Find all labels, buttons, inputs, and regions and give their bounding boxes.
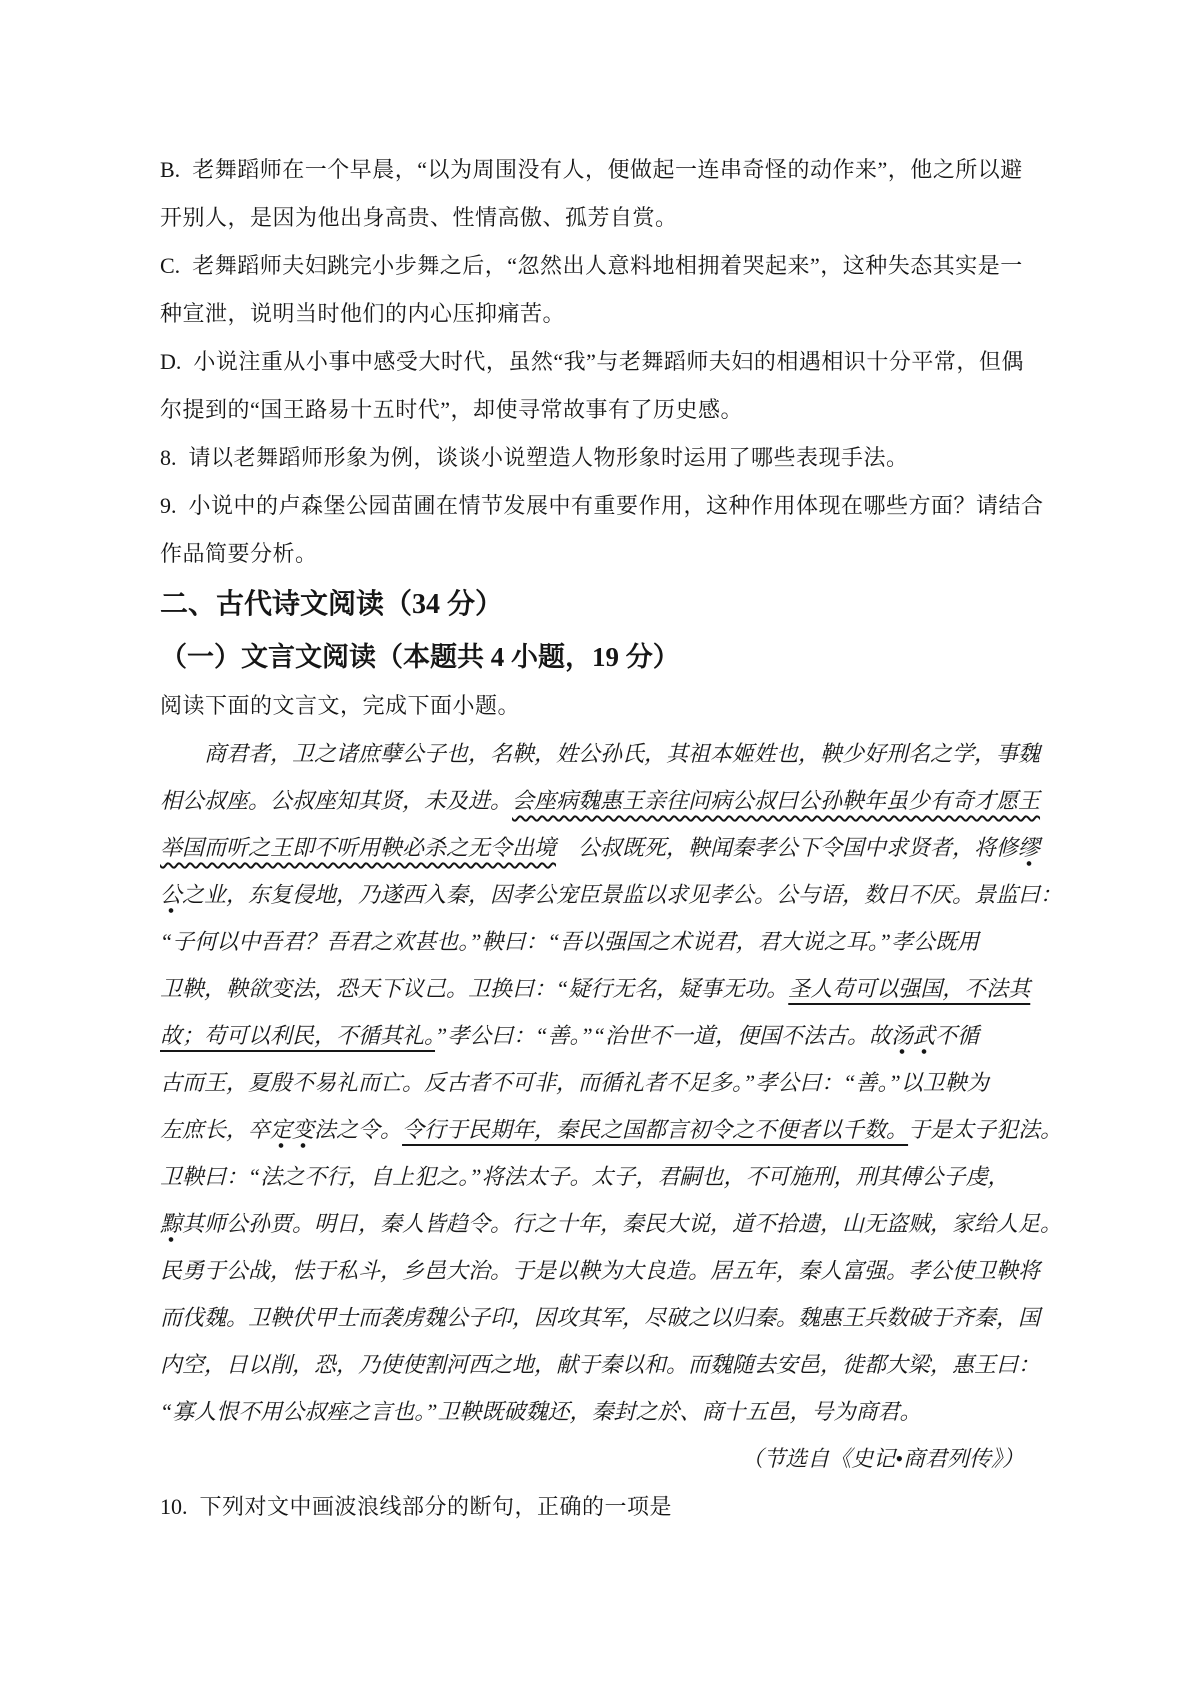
text-line: 9.小说中的卢森堡公园苗圃在情节发展中有重要作用，这种作用体现在哪些方面？请结合 bbox=[160, 482, 1056, 530]
text-segment: 卫鞅曰：“法之不行，自上犯之。”将法太子。太子，君嗣也，不可施刑，刑其傅公子虔， bbox=[160, 1164, 1009, 1189]
text-segment: 之业，东复侵地，乃遂西入秦，因孝公宠臣景监以求见孝公。公与语，数日不厌。景监曰： bbox=[182, 882, 1062, 907]
text-line: 10.下列对文中画波浪线部分的断句，正确的一项是 bbox=[160, 1483, 1056, 1531]
subsection-heading: （一）文言文阅读（本题共 4 小题，19 分） bbox=[160, 632, 1056, 682]
wavy-underlined-text: 举国而听之王即不听用鞅必杀之无令出境 bbox=[160, 835, 556, 860]
underlined-text: 圣人苟可以强国，不法其 bbox=[788, 976, 1030, 1001]
text-line: 而伐魏。卫鞅伏甲士而袭虏魏公子印，因攻其军，尽破之以归秦。魏惠王兵数破于齐秦，国 bbox=[160, 1294, 1056, 1341]
emphasis-dotted-text: 定变 bbox=[270, 1117, 314, 1149]
emphasis-dotted-text: 汤武 bbox=[891, 1023, 935, 1055]
text-line: 8.请以老舞蹈师形象为例，谈谈小说塑造人物形象时运用了哪些表现手法。 bbox=[160, 434, 1056, 482]
text-segment: 公叔既死，鞅闻秦孝公下令国中求贤者，将修 bbox=[556, 835, 1018, 860]
passage-source: （节选自《史记•商君列传》） bbox=[160, 1435, 1056, 1483]
wavy-underlined-text: 会座病魏惠王亲往问病公叔曰公孙鞅年虽少有奇才愿王 bbox=[512, 788, 1040, 813]
underlined-text: 故；苟可以利民，不循其礼。 bbox=[160, 1023, 435, 1048]
text-segment: 不循 bbox=[935, 1023, 979, 1048]
text-segment: 尔提到的“国王路易十五时代”，却使寻常故事有了历史感。 bbox=[160, 397, 743, 422]
emphasis-dotted-text: 公 bbox=[160, 882, 182, 914]
text-segment: 小说中的卢森堡公园苗圃在情节发展中有重要作用，这种作用体现在哪些方面？请结合 bbox=[189, 493, 1044, 518]
text-line: 公之业，东复侵地，乃遂西入秦，因孝公宠臣景监以求见孝公。公与语，数日不厌。景监曰… bbox=[160, 871, 1056, 918]
text-segment: 内空，日以削，恐，乃使使割河西之地，献于秦以和。而魏随去安邑，徙都大梁，惠王曰： bbox=[160, 1352, 1040, 1377]
text-line: 故；苟可以利民，不循其礼。”孝公曰：“善。”“治世不一道，便国不法古。故汤武不循 bbox=[160, 1012, 1056, 1059]
question-8-block: 8.请以老舞蹈师形象为例，谈谈小说塑造人物形象时运用了哪些表现手法。 bbox=[160, 434, 1056, 482]
item-label: 10. bbox=[160, 1483, 188, 1531]
text-line: 举国而听之王即不听用鞅必杀之无令出境 公叔既死，鞅闻秦孝公下令国中求贤者，将修缪 bbox=[160, 824, 1056, 871]
text-segment: 左庶长，卒 bbox=[160, 1117, 270, 1142]
text-line: 开别人，是因为他出身高贵、性情高傲、孤芳自赏。 bbox=[160, 194, 1056, 242]
text-segment: 于是太子犯法。 bbox=[908, 1117, 1062, 1142]
text-segment: ”孝公曰：“善。”“治世不一道，便国不法古。故 bbox=[435, 1023, 891, 1048]
text-line: “子何以中吾君？吾君之欢甚也。”鞅曰：“吾以强国之术说君，君大说之耳。”孝公既用 bbox=[160, 918, 1056, 965]
text-segment: 小说注重从小事中感受大时代，虽然“我”与老舞蹈师夫妇的相遇相识十分平常，但偶 bbox=[193, 349, 1024, 374]
option-c-block: C.老舞蹈师夫妇跳完小步舞之后，“忽然出人意料地相拥着哭起来”，这种失态其实是一… bbox=[160, 242, 1056, 338]
exam-page: B.老舞蹈师在一个早晨，“以为周围没有人，便做起一连串奇怪的动作来”，他之所以避… bbox=[0, 0, 1200, 1698]
text-line: 商君者，卫之诸庶孽公子也，名鞅，姓公孙氏，其祖本姬姓也，鞅少好刑名之学，事魏 bbox=[160, 730, 1056, 777]
text-line: B.老舞蹈师在一个早晨，“以为周围没有人，便做起一连串奇怪的动作来”，他之所以避 bbox=[160, 146, 1056, 194]
option-d-block: D.小说注重从小事中感受大时代，虽然“我”与老舞蹈师夫妇的相遇相识十分平常，但偶… bbox=[160, 338, 1056, 434]
text-segment: 而伐魏。卫鞅伏甲士而袭虏魏公子印，因攻其军，尽破之以归秦。魏惠王兵数破于齐秦，国 bbox=[160, 1305, 1040, 1330]
text-segment: 请以老舞蹈师形象为例，谈谈小说塑造人物形象时运用了哪些表现手法。 bbox=[189, 445, 909, 470]
text-line: 尔提到的“国王路易十五时代”，却使寻常故事有了历史感。 bbox=[160, 386, 1056, 434]
question-10-block: 10.下列对文中画波浪线部分的断句，正确的一项是 bbox=[160, 1483, 1056, 1531]
item-label: B. bbox=[160, 146, 180, 194]
text-segment: 老舞蹈师在一个早晨，“以为周围没有人，便做起一连串奇怪的动作来”，他之所以避 bbox=[192, 157, 1023, 182]
passage-intro: 阅读下面的文言文，完成下面小题。 bbox=[160, 682, 1056, 730]
text-segment: 相公叔座。公叔座知其贤，未及进。 bbox=[160, 788, 512, 813]
item-label: 9. bbox=[160, 482, 177, 530]
item-label: D. bbox=[160, 338, 181, 386]
option-b-block: B.老舞蹈师在一个早晨，“以为周围没有人，便做起一连串奇怪的动作来”，他之所以避… bbox=[160, 146, 1056, 242]
page-content: B.老舞蹈师在一个早晨，“以为周围没有人，便做起一连串奇怪的动作来”，他之所以避… bbox=[160, 146, 1056, 1531]
text-segment: “寡人恨不用公叔痤之言也。”卫鞅既破魏还，秦封之於、商十五邑，号为商君。 bbox=[160, 1399, 921, 1424]
emphasis-dotted-text: 黥 bbox=[160, 1211, 182, 1243]
text-line: 左庶长，卒定变法之令。令行于民期年，秦民之国都言初令之不便者以千数。于是太子犯法… bbox=[160, 1106, 1056, 1153]
text-line: 民勇于公战，怯于私斗，乡邑大治。于是以鞅为大良造。居五年，秦人富强。孝公使卫鞅将 bbox=[160, 1247, 1056, 1294]
emphasis-dotted-text: 缪 bbox=[1018, 835, 1040, 867]
text-line: 作品简要分析。 bbox=[160, 530, 1056, 578]
text-segment: 法之令。 bbox=[314, 1117, 402, 1142]
question-9-block: 9.小说中的卢森堡公园苗圃在情节发展中有重要作用，这种作用体现在哪些方面？请结合… bbox=[160, 482, 1056, 578]
text-line: 相公叔座。公叔座知其贤，未及进。会座病魏惠王亲往问病公叔曰公孙鞅年虽少有奇才愿王 bbox=[160, 777, 1056, 824]
text-line: 内空，日以削，恐，乃使使割河西之地，献于秦以和。而魏随去安邑，徙都大梁，惠王曰： bbox=[160, 1341, 1056, 1388]
text-line: 黥其师公孙贾。明日，秦人皆趋令。行之十年，秦民大说，道不拾遗，山无盗贼，家给人足… bbox=[160, 1200, 1056, 1247]
text-line: 卫鞅，鞅欲变法，恐天下议己。卫换曰：“疑行无名，疑事无功。圣人苟可以强国，不法其 bbox=[160, 965, 1056, 1012]
text-line: 古而王，夏殷不易礼而亡。反古者不可非，而循礼者不足多。”孝公曰：“善。”以卫鞅为 bbox=[160, 1059, 1056, 1106]
classical-passage: 商君者，卫之诸庶孽公子也，名鞅，姓公孙氏，其祖本姬姓也，鞅少好刑名之学，事魏相公… bbox=[160, 730, 1056, 1435]
text-segment: 其师公孙贾。明日，秦人皆趋令。行之十年，秦民大说，道不拾遗，山无盗贼，家给人足。 bbox=[182, 1211, 1062, 1236]
text-segment: 商君者，卫之诸庶孽公子也，名鞅，姓公孙氏，其祖本姬姓也，鞅少好刑名之学，事魏 bbox=[160, 741, 1040, 766]
text-line: “寡人恨不用公叔痤之言也。”卫鞅既破魏还，秦封之於、商十五邑，号为商君。 bbox=[160, 1388, 1056, 1435]
text-segment: 种宣泄，说明当时他们的内心压抑痛苦。 bbox=[160, 301, 565, 326]
text-segment: 民勇于公战，怯于私斗，乡邑大治。于是以鞅为大良造。居五年，秦人富强。孝公使卫鞅将 bbox=[160, 1258, 1040, 1283]
text-segment: 开别人，是因为他出身高贵、性情高傲、孤芳自赏。 bbox=[160, 205, 678, 230]
item-label: 8. bbox=[160, 434, 177, 482]
text-segment: 老舞蹈师夫妇跳完小步舞之后，“忽然出人意料地相拥着哭起来”，这种失态其实是一 bbox=[192, 253, 1023, 278]
text-line: 种宣泄，说明当时他们的内心压抑痛苦。 bbox=[160, 290, 1056, 338]
text-segment: 古而王，夏殷不易礼而亡。反古者不可非，而循礼者不足多。”孝公曰：“善。”以卫鞅为 bbox=[160, 1070, 989, 1095]
section-heading: 二、古代诗文阅读（34 分） bbox=[160, 578, 1056, 632]
text-line: 卫鞅曰：“法之不行，自上犯之。”将法太子。太子，君嗣也，不可施刑，刑其傅公子虔， bbox=[160, 1153, 1056, 1200]
item-label: C. bbox=[160, 242, 180, 290]
text-segment: 作品简要分析。 bbox=[160, 541, 318, 566]
text-line: C.老舞蹈师夫妇跳完小步舞之后，“忽然出人意料地相拥着哭起来”，这种失态其实是一 bbox=[160, 242, 1056, 290]
text-segment: 卫鞅，鞅欲变法，恐天下议己。卫换曰：“疑行无名，疑事无功。 bbox=[160, 976, 788, 1001]
text-line: D.小说注重从小事中感受大时代，虽然“我”与老舞蹈师夫妇的相遇相识十分平常，但偶 bbox=[160, 338, 1056, 386]
underlined-text: 令行于民期年，秦民之国都言初令之不便者以千数。 bbox=[402, 1117, 908, 1142]
text-segment: “子何以中吾君？吾君之欢甚也。”鞅曰：“吾以强国之术说君，君大说之耳。”孝公既用 bbox=[160, 929, 979, 954]
text-segment: 下列对文中画波浪线部分的断句，正确的一项是 bbox=[200, 1494, 673, 1519]
